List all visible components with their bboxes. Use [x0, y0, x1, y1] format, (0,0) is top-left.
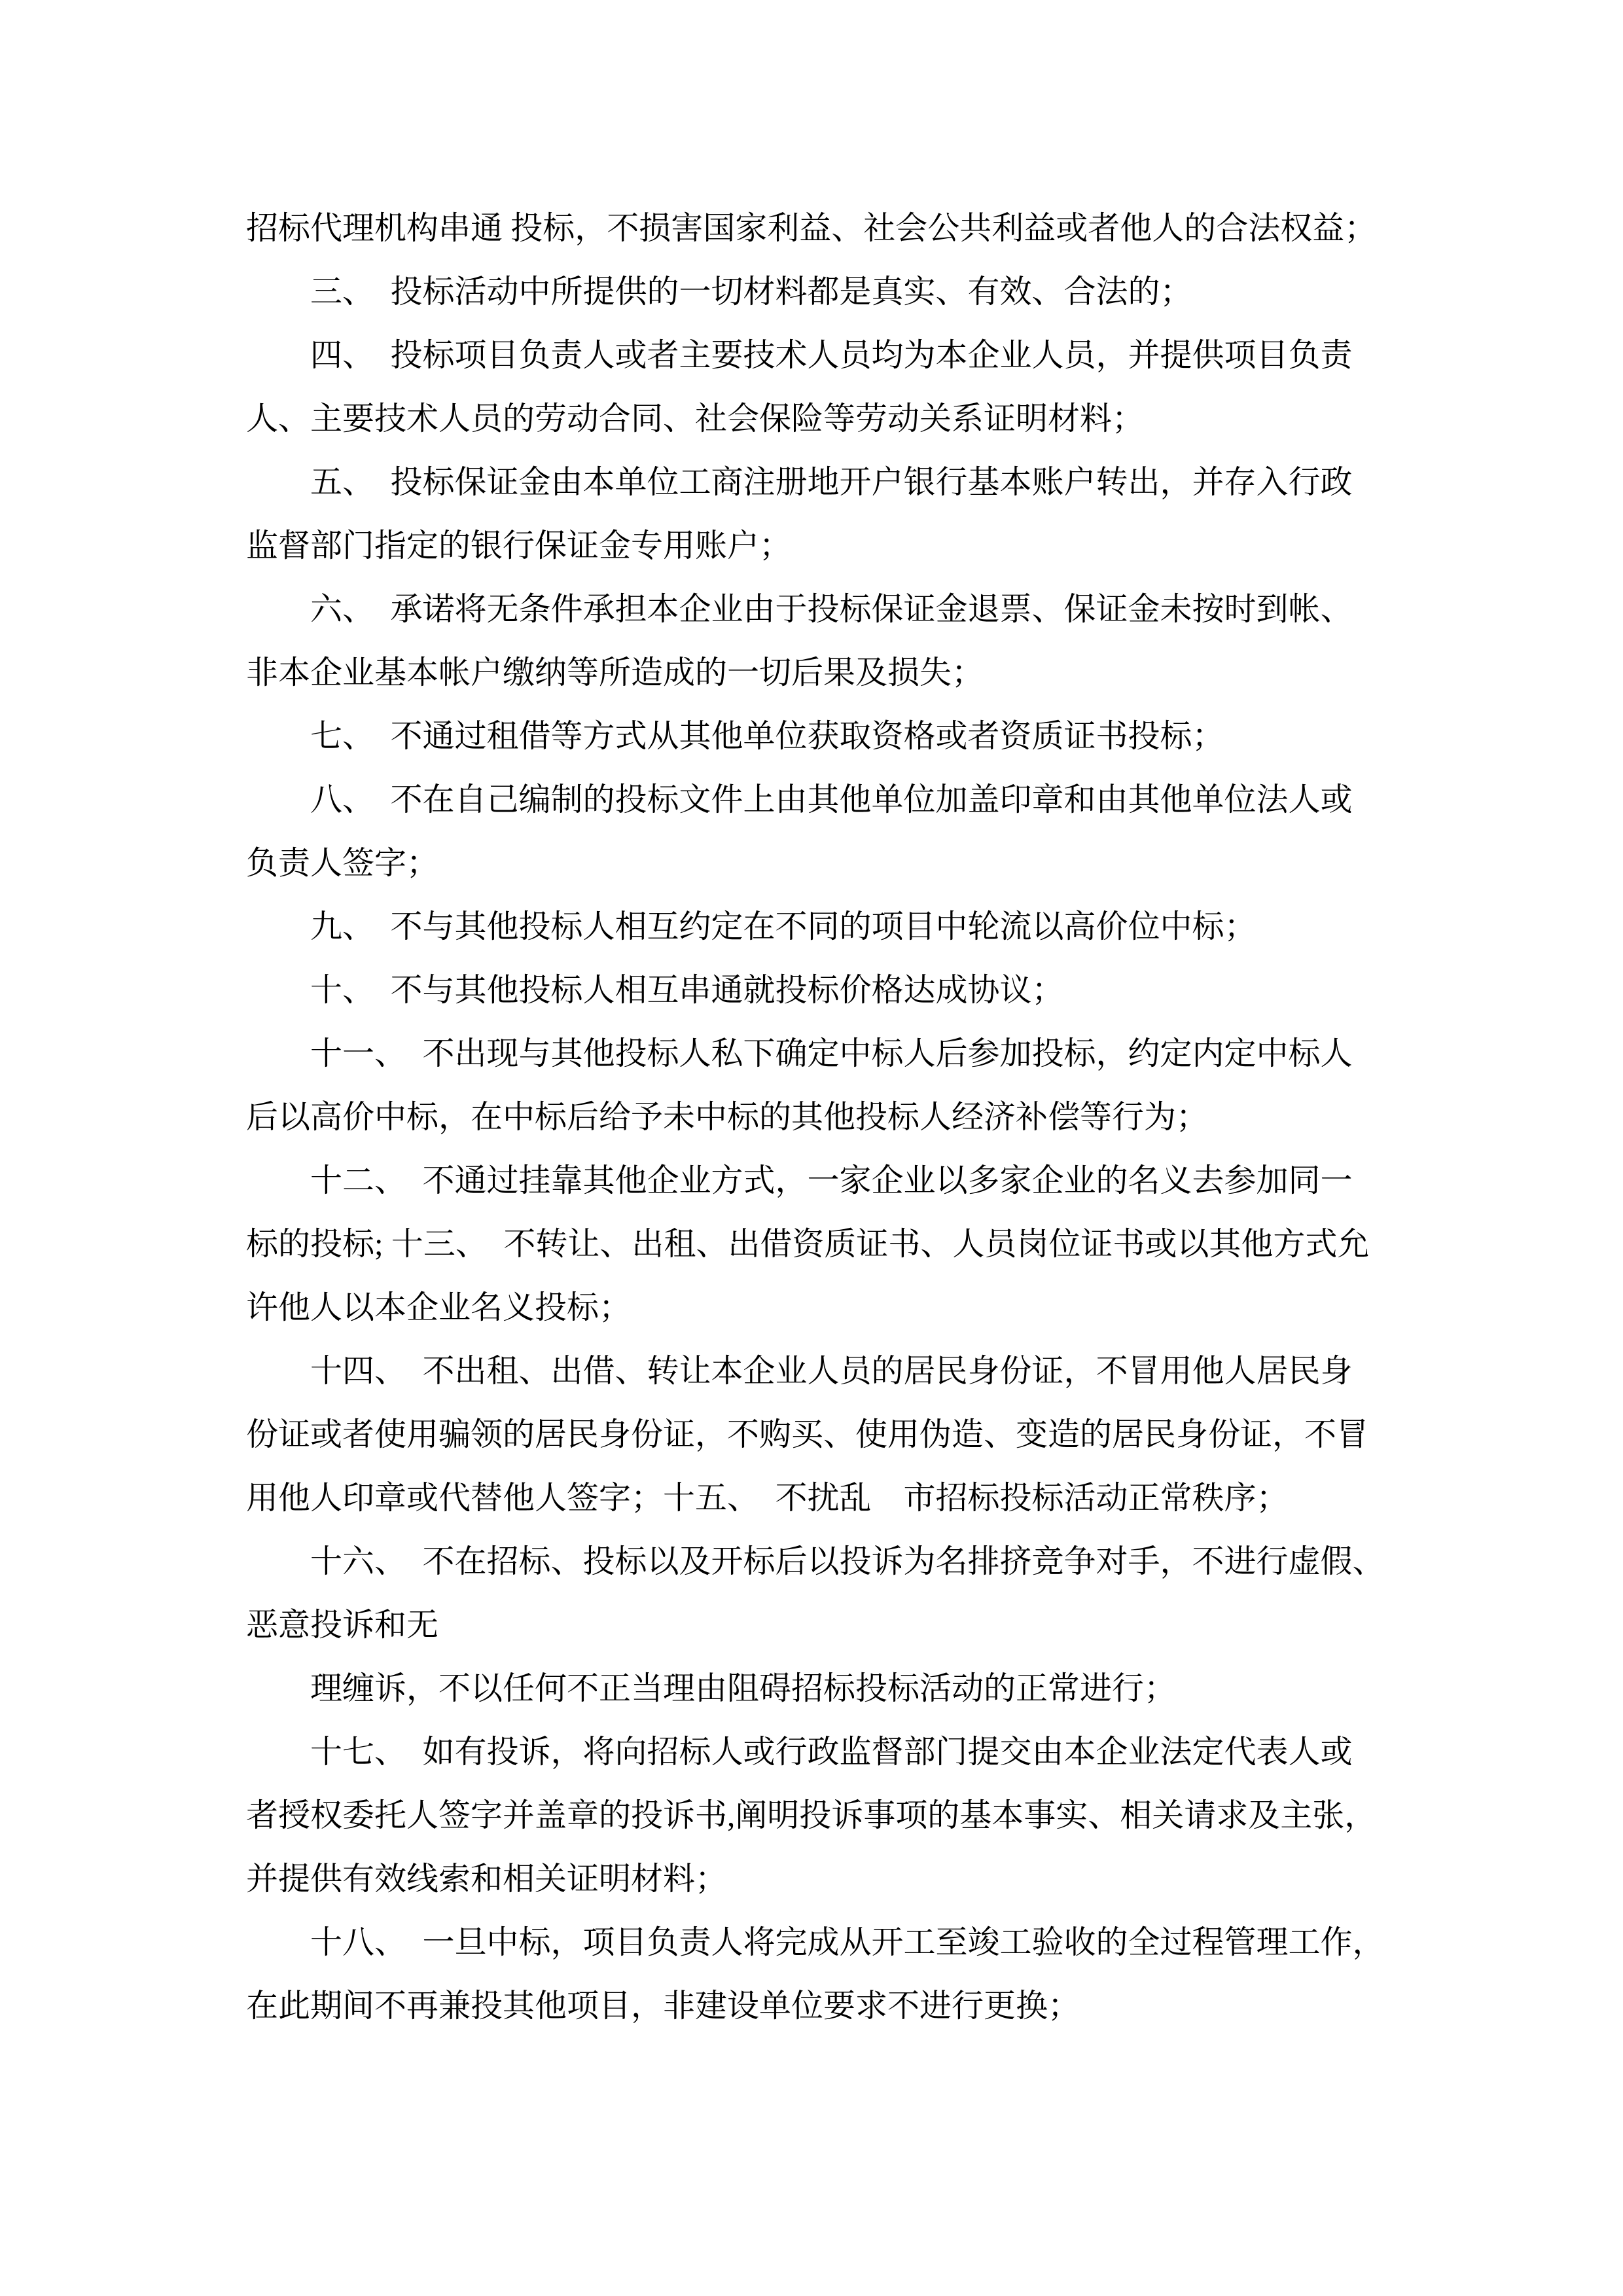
text-line: 在此期间不再兼投其他项目，非建设单位要求不进行更换；: [246, 1974, 1418, 2037]
text-line: 十六、 不在招标、投标以及开标后以投诉为名排挤竞争对手，不进行虚假、: [246, 1530, 1418, 1593]
text-line: 监督部门指定的银行保证金专用账户；: [246, 514, 1418, 577]
text-line: 理缠诉，不以任何不正当理由阻碍招标投标活动的正常进行；: [246, 1657, 1418, 1720]
text-block: 招标代理机构串通 投标，不损害国家利益、社会公共利益或者他人的合法权益；三、 投…: [246, 196, 1418, 2037]
text-line: 后以高价中标，在中标后给予未中标的其他投标人经济补偿等行为；: [246, 1085, 1418, 1149]
text-line: 并提供有效线索和相关证明材料；: [246, 1847, 1418, 1910]
text-line: 十八、 一旦中标，项目负责人将完成从开工至竣工验收的全过程管理工作，: [246, 1910, 1418, 1974]
document-page: 招标代理机构串通 投标，不损害国家利益、社会公共利益或者他人的合法权益；三、 投…: [0, 0, 1623, 2296]
text-line: 四、 投标项目负责人或者主要技术人员均为本企业人员，并提供项目负责: [246, 323, 1418, 387]
text-line: 份证或者使用骗领的居民身份证，不购买、使用伪造、变造的居民身份证，不冒: [246, 1403, 1418, 1466]
text-line: 七、 不通过租借等方式从其他单位获取资格或者资质证书投标；: [246, 704, 1418, 768]
text-line: 六、 承诺将无条件承担本企业由于投标保证金退票、保证金未按时到帐、: [246, 577, 1418, 641]
text-line: 者授权委托人签字并盖章的投诉书,阐明投诉事项的基本事实、相关请求及主张，: [246, 1784, 1418, 1847]
text-line: 人、主要技术人员的劳动合同、社会保险等劳动关系证明材料；: [246, 387, 1418, 450]
text-line: 五、 投标保证金由本单位工商注册地开户银行基本账户转出，并存入行政: [246, 450, 1418, 514]
text-line: 十、 不与其他投标人相互串通就投标价格达成协议；: [246, 958, 1418, 1022]
text-line: 用他人印章或代替他人签字；十五、 不扰乱 市招标投标活动正常秩序；: [246, 1466, 1418, 1530]
text-line: 九、 不与其他投标人相互约定在不同的项目中轮流以高价位中标；: [246, 895, 1418, 958]
text-line: 十二、 不通过挂靠其他企业方式，一家企业以多家企业的名义去参加同一: [246, 1149, 1418, 1212]
text-line: 招标代理机构串通 投标，不损害国家利益、社会公共利益或者他人的合法权益；: [246, 196, 1418, 260]
text-line: 十七、 如有投诉，将向招标人或行政监督部门提交由本企业法定代表人或: [246, 1720, 1418, 1784]
text-line: 标的投标; 十三、 不转让、出租、出借资质证书、人员岗位证书或以其他方式允: [246, 1212, 1418, 1276]
text-line: 十一、 不出现与其他投标人私下确定中标人后参加投标，约定内定中标人: [246, 1022, 1418, 1085]
text-line: 三、 投标活动中所提供的一切材料都是真实、有效、合法的；: [246, 260, 1418, 323]
text-line: 十四、 不出租、出借、转让本企业人员的居民身份证，不冒用他人居民身: [246, 1339, 1418, 1403]
text-line: 许他人以本企业名义投标；: [246, 1276, 1418, 1339]
text-line: 八、 不在自己编制的投标文件上由其他单位加盖印章和由其他单位法人或: [246, 768, 1418, 831]
text-line: 非本企业基本帐户缴纳等所造成的一切后果及损失；: [246, 641, 1418, 704]
text-line: 恶意投诉和无: [246, 1593, 1418, 1657]
text-line: 负责人签字；: [246, 831, 1418, 895]
